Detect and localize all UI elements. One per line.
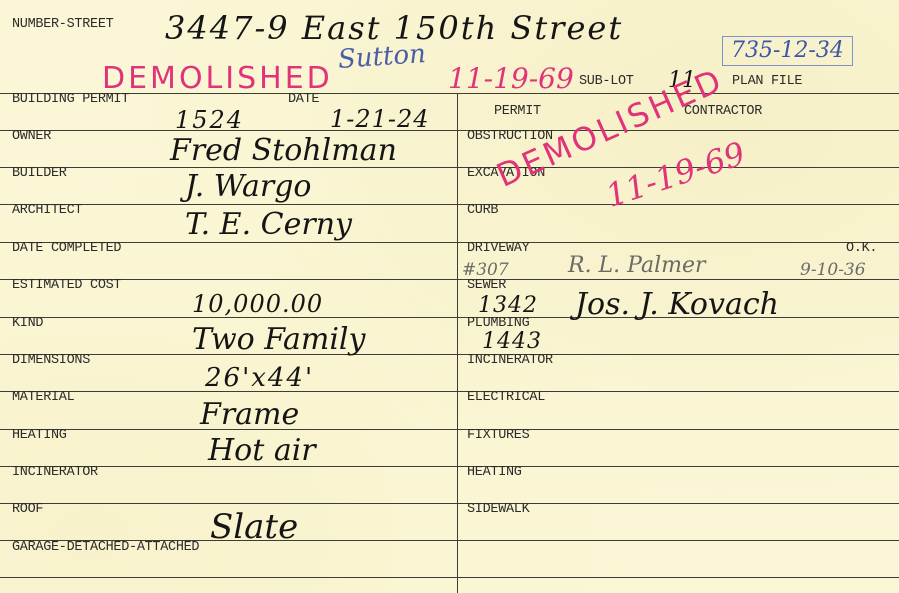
building-permit-card: NUMBER-STREET 3447-9 East 150th Street S… (0, 0, 899, 593)
sidewalk-label: SIDEWALK (467, 503, 529, 517)
sutton-annotation: Sutton (337, 41, 426, 73)
rule-line (0, 429, 899, 430)
rule-line (0, 354, 899, 355)
demolished-stamp-top: DEMOLISHED (102, 64, 333, 94)
material-value: Frame (200, 400, 299, 430)
rule-line (0, 466, 899, 467)
rule-line (0, 503, 899, 504)
permit-column-header: PERMIT (494, 105, 541, 119)
kind-value: Two Family (192, 325, 365, 355)
incinerator-label: INCINERATOR (12, 466, 98, 480)
builder-value: J. Wargo (185, 172, 312, 202)
sewer-permit: 1342 (478, 295, 538, 317)
heating-permit-label: HEATING (467, 466, 522, 480)
column-divider (457, 93, 458, 593)
plan-file-number: 735-12-34 (722, 36, 853, 66)
date-label: DATE (288, 93, 319, 107)
driveway-permit: #307 (462, 262, 509, 279)
building-permit-label: BUILDING PERMIT (12, 93, 129, 107)
electrical-label: ELECTRICAL (467, 391, 545, 405)
building-permit-value: 1524 (175, 108, 244, 132)
plumbing-permit: 1443 (482, 331, 542, 353)
owner-value: Fred Stohlman (170, 136, 397, 166)
demolished-date-diagonal: 11-19-69 (602, 137, 749, 212)
incinerator-permit-label: INCINERATOR (467, 354, 553, 368)
dimensions-value: 26'x44' (205, 365, 314, 391)
rule-line (0, 577, 899, 578)
kind-label: KIND (12, 317, 43, 331)
driveway-ok-label: O.K. (846, 242, 877, 256)
rule-line (0, 130, 899, 131)
heating-label: HEATING (12, 429, 67, 443)
building-permit-date: 1-21-24 (330, 107, 430, 131)
demolished-date-top: 11-19-69 (448, 65, 574, 93)
architect-value: T. E. Cerny (185, 210, 352, 240)
material-label: MATERIAL (12, 391, 74, 405)
rule-line (0, 204, 899, 205)
rule-line (0, 391, 899, 392)
owner-label: OWNER (12, 130, 51, 144)
estimated-cost-value: 10,000.00 (192, 292, 323, 316)
sewer-contractor: Jos. J. Kovach (575, 290, 779, 320)
rule-line (0, 279, 899, 280)
heating-value: Hot air (208, 436, 316, 466)
rule-line (0, 167, 899, 168)
plan-file-label: PLAN FILE (732, 75, 802, 89)
driveway-date: 9-10-36 (800, 262, 866, 279)
fixtures-label: FIXTURES (467, 429, 529, 443)
number-street-label: NUMBER-STREET (12, 18, 113, 32)
number-street-value: 3447-9 East 150th Street (165, 12, 623, 44)
builder-label: BUILDER (12, 167, 67, 181)
garage-label: GARAGE-DETACHED-ATTACHED (12, 541, 199, 555)
rule-line (0, 242, 899, 243)
driveway-label: DRIVEWAY (467, 242, 529, 256)
roof-label: ROOF (12, 503, 43, 517)
curb-label: CURB (467, 204, 498, 218)
architect-label: ARCHITECT (12, 204, 82, 218)
dimensions-label: DIMENSIONS (12, 354, 90, 368)
sewer-label: SEWER (467, 279, 506, 293)
estimated-cost-label: ESTIMATED COST (12, 279, 121, 293)
date-completed-label: DATE COMPLETED (12, 242, 121, 256)
sublot-label: SUB-LOT (579, 75, 634, 89)
roof-value: Slate (210, 510, 298, 544)
driveway-contractor: R. L. Palmer (568, 255, 706, 277)
